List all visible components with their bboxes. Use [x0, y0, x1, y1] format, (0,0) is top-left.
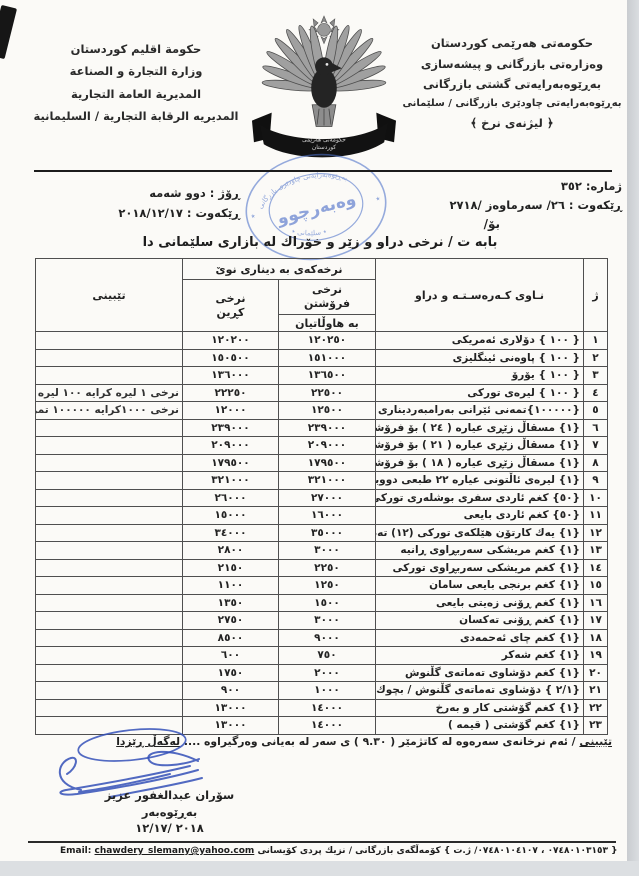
- kurdish-date: ڕێكەوت : ٢٦/ سەرماوەز /٢٧١٨: [400, 196, 622, 215]
- emblem-banner-text: حكومەتی هەرێمی: [302, 136, 346, 143]
- cell-sell: ١٤٠٠٠: [279, 717, 376, 735]
- table-row: ١٩{١} كغم شەكر٧٥٠٦٠٠: [36, 647, 608, 665]
- cell-no: ٦: [584, 419, 608, 437]
- cell-note: [36, 594, 183, 612]
- header-line: حكومەتی هەرێمی كوردستان: [398, 33, 626, 54]
- subject-line: بابە ت / نرخی دراو و زێر و خۆراك لە بازا…: [80, 235, 560, 250]
- scanned-price-document: { "header": { "left_department_lines": […: [0, 0, 639, 876]
- price-table-body: ١{ ١٠٠ } دۆلاری ئەمریكی١٢٠٢٥٠١٢٠٢٠٠٢{ ١٠…: [36, 332, 608, 735]
- cell-sell: ١٠٠٠: [279, 682, 376, 700]
- cell-note: [36, 647, 183, 665]
- cell-name: {٢/١ } دۆشاوی تەماتەی گڵنوش / بچوك: [376, 682, 584, 700]
- cell-note: [36, 542, 183, 560]
- cell-name: {١٠٠٠٠٠}تمەنی ئێرانی بەرامبەردیناری عێرا…: [376, 402, 584, 420]
- cell-no: ١٥: [584, 577, 608, 595]
- cell-no: ٢٣: [584, 717, 608, 735]
- document-number-block: ژمارە: ٣٥٢ ڕێكەوت : ٢٦/ سەرماوەز /٢٧١٨: [400, 177, 622, 215]
- price-table: ژ نـاوی كـەرەسـتـە و دراو نرخەكەی بە دین…: [35, 258, 608, 735]
- stamp-center-text: وەبەرچوو: [274, 189, 358, 229]
- scan-edge-right: [627, 0, 639, 876]
- cell-note: [36, 332, 183, 350]
- cell-no: ٩: [584, 472, 608, 490]
- cell-sell: ٣٢١٠٠٠: [279, 472, 376, 490]
- cell-name: { ١٠٠ } پاوەنی ئینگلیزی: [376, 349, 584, 367]
- signer-title: بەڕێوەبەر: [92, 804, 247, 821]
- table-row: ١١{٥٠} كغم ئاردی بایعی١٦٠٠٠١٥٠٠٠: [36, 507, 608, 525]
- cell-sell: ٣٠٠٠: [279, 612, 376, 630]
- gregorian-date: ڕێكەوت : ٢٠١٨/١٢/١٧: [68, 204, 240, 224]
- cell-buy: ٩٠٠: [183, 682, 279, 700]
- cell-name: {١} یەك كارتۆن هێلكەی توركی (١٢) تەبەقی: [376, 524, 584, 542]
- email-address: chawdery_slemany@yahoo.com: [95, 846, 255, 856]
- cell-buy: ١٣٠٠٠: [183, 717, 279, 735]
- col-header-item-name: نـاوی كـەرەسـتـە و دراو: [376, 259, 584, 332]
- cell-name: {١} كغم شەكر: [376, 647, 584, 665]
- table-row: ١٨{١} كغم چای ئەحمەدی٩٠٠٠٨٥٠٠: [36, 629, 608, 647]
- cell-note: [36, 367, 183, 385]
- cell-name: {١} مسقاڵ زێڕی عیارە ( ٢٤ ) بۆ فرۆشتن: [376, 419, 584, 437]
- footer-divider: [28, 841, 616, 843]
- table-row: ٤{ ١٠٠ } لیرەی توركی٢٢٥٠٠٢٢٢٥٠نرخی ١ لیر…: [36, 384, 608, 402]
- cell-name: {١} كغم گۆشتی ( قیمە ): [376, 717, 584, 735]
- price-table-header: ژ نـاوی كـەرەسـتـە و دراو نرخەكەی بە دین…: [36, 259, 608, 332]
- cell-name: {١} كغم گۆشتی كار و بەرخ: [376, 699, 584, 717]
- cell-name: {٥٠} كغم ئاردی سفری بوشلەری توركی: [376, 489, 584, 507]
- day-date-block: ڕۆژ : دوو شەمە ڕێكەوت : ٢٠١٨/١٢/١٧: [68, 184, 240, 223]
- header-divider: [34, 170, 612, 172]
- cell-no: ٣: [584, 367, 608, 385]
- header-line: بەڕێوەبەرایەتی چاودێری بازرگانی / سلێمان…: [398, 95, 626, 113]
- header-line: وزارة التجارة و الصناعة: [30, 60, 242, 82]
- cell-sell: ٢٣٩٠٠٠: [279, 419, 376, 437]
- header-arabic-block: حكومة اقليم كوردستان وزارة التجارة و الص…: [30, 38, 242, 128]
- cell-no: ١٧: [584, 612, 608, 630]
- cell-name: {١} كغم دۆشاوی تەماتەی گڵنوش: [376, 664, 584, 682]
- cell-name: {١} لیرەی ئاڵتونی عیارە ٢٢ طبعی دووبەی: [376, 472, 584, 490]
- cell-buy: ٢٨٠٠: [183, 542, 279, 560]
- cell-buy: ٢٧٥٠: [183, 612, 279, 630]
- cell-buy: ٣٤٠٠٠: [183, 524, 279, 542]
- email-label: Email:: [60, 846, 91, 856]
- cell-no: ١٦: [584, 594, 608, 612]
- col-header-sell-to-citizens: بە هاوڵاتیان: [279, 315, 376, 332]
- header-line: حكومة اقليم كوردستان: [30, 38, 242, 60]
- cell-name: {١} كغم ڕۆنی تەكسان: [376, 612, 584, 630]
- cell-buy: ١٢٠٠٠: [183, 402, 279, 420]
- cell-sell: ١٣٦٥٠٠: [279, 367, 376, 385]
- cell-note: [36, 699, 183, 717]
- cell-no: ١٨: [584, 629, 608, 647]
- cell-name: {١} كغم مریشكی سەربڕاوی توركی: [376, 559, 584, 577]
- cell-note: [36, 419, 183, 437]
- cell-buy: ١٣٦٠٠٠: [183, 367, 279, 385]
- cell-note: [36, 489, 183, 507]
- price-committee-label: ﴿ لیژنەی نرخ ﴾: [398, 113, 626, 134]
- cell-buy: ١٧٩٥٠٠: [183, 454, 279, 472]
- cell-sell: ١٢٥٠: [279, 577, 376, 595]
- cell-name: { ١٠٠ } دۆلاری ئەمریكی: [376, 332, 584, 350]
- cell-sell: ١٢٥٠٠: [279, 402, 376, 420]
- cell-name: {٥٠} كغم ئاردی بایعی: [376, 507, 584, 525]
- cell-buy: ١٣٠٠٠: [183, 699, 279, 717]
- day-name: ڕۆژ : دوو شەمە: [68, 184, 240, 204]
- cell-note: [36, 664, 183, 682]
- header-kurdish-block: حكومەتی هەرێمی كوردستان وەزارەتی بازرگان…: [398, 33, 626, 134]
- cell-buy: ٦٠٠: [183, 647, 279, 665]
- footnote-text: / ئەم نرخانەی سەرەوە لە كاتژمێر ( ٩.٣٠ )…: [180, 735, 579, 748]
- cell-name: {١} مسقاڵ زێڕی عیارە ( ١٨ ) بۆ فرۆشتن: [376, 454, 584, 472]
- cell-note: [36, 454, 183, 472]
- cell-sell: ١٥٠٠: [279, 594, 376, 612]
- table-row: ٢{ ١٠٠ } پاوەنی ئینگلیزی١٥١٠٠٠١٥٠٥٠٠: [36, 349, 608, 367]
- col-header-sell-price: نرخی فرۆشتن: [279, 280, 376, 315]
- col-header-price-group: نرخەكەی بە دیناری نوێ: [183, 259, 376, 280]
- cell-name: { ١٠٠ } لیرەی توركی: [376, 384, 584, 402]
- header-line: بەڕێوەبەرایەتی گشتی بازرگانی: [398, 74, 626, 95]
- cell-buy: ١٣٥٠: [183, 594, 279, 612]
- svg-text:٭: ٭: [375, 194, 381, 205]
- cell-name: { ١٠٠ } یۆرۆ: [376, 367, 584, 385]
- col-header-row-number: ژ: [584, 259, 608, 332]
- krg-eagle-emblem-icon: حكومەتی هەرێمی كوردستان: [250, 10, 398, 168]
- cell-no: ١٠: [584, 489, 608, 507]
- document-number: ژمارە: ٣٥٢: [400, 177, 622, 196]
- cell-no: ٨: [584, 454, 608, 472]
- cell-no: ٢٠: [584, 664, 608, 682]
- cell-buy: ١٢٠٢٠٠: [183, 332, 279, 350]
- cell-sell: ٩٠٠٠: [279, 629, 376, 647]
- footer-address-phone: { ٠٧٤٨٠١٠٣١٥٣ ، ٠٧٤٨٠١٠٤١٠٧/ ژ.ت } كۆمەڵ…: [257, 846, 617, 856]
- cell-buy: ١٥٠٥٠٠: [183, 349, 279, 367]
- cell-no: ١: [584, 332, 608, 350]
- cell-buy: ١٧٥٠: [183, 664, 279, 682]
- cell-note: [36, 349, 183, 367]
- cell-buy: ٢٦٠٠٠: [183, 489, 279, 507]
- cell-buy: ٢٣٩٠٠٠: [183, 419, 279, 437]
- table-row: ٨{١} مسقاڵ زێڕی عیارە ( ١٨ ) بۆ فرۆشتن١٧…: [36, 454, 608, 472]
- cell-no: ٤: [584, 384, 608, 402]
- table-row: ٢٢{١} كغم گۆشتی كار و بەرخ١٤٠٠٠١٣٠٠٠: [36, 699, 608, 717]
- col-header-buy-price: نرخی كڕین: [183, 280, 279, 332]
- table-row: ٥{١٠٠٠٠٠}تمەنی ئێرانی بەرامبەردیناری عێر…: [36, 402, 608, 420]
- cell-no: ١٣: [584, 542, 608, 560]
- cell-sell: ٣٠٠٠: [279, 542, 376, 560]
- table-row: ١٦{١} كغم ڕۆنی زەیتی بایعی١٥٠٠١٣٥٠: [36, 594, 608, 612]
- cell-sell: ٣٥٠٠٠: [279, 524, 376, 542]
- cell-sell: ١٢٠٢٥٠: [279, 332, 376, 350]
- cell-name: {١} كغم چای ئەحمەدی: [376, 629, 584, 647]
- cell-no: ٢٢: [584, 699, 608, 717]
- cell-sell: ٢٧٠٠٠: [279, 489, 376, 507]
- col-header-notes: تێبینی: [36, 259, 183, 332]
- table-row: ٦{١} مسقاڵ زێڕی عیارە ( ٢٤ ) بۆ فرۆشتن٢٣…: [36, 419, 608, 437]
- scan-corner-artifact: [0, 5, 17, 59]
- cell-note: نرخی ١٠٠٠كرایە ١٠٠٠٠٠ تمن: [36, 402, 183, 420]
- document-page: حكومة اقليم كوردستان وزارة التجارة و الص…: [0, 0, 627, 861]
- cell-no: ١٤: [584, 559, 608, 577]
- cell-sell: ٢٠٩٠٠٠: [279, 437, 376, 455]
- cell-sell: ٧٥٠: [279, 647, 376, 665]
- signer-name: سۆران عبدالغفور عزیز: [92, 787, 247, 804]
- footer-contact-line: Email: chawdery_slemany@yahoo.com { ٠٧٤٨…: [60, 846, 620, 856]
- cell-no: ٢١: [584, 682, 608, 700]
- table-row: ١٠{٥٠} كغم ئاردی سفری بوشلەری توركی٢٧٠٠٠…: [36, 489, 608, 507]
- header-line: وەزارەتی بازرگانی و پیشەسازی: [398, 54, 626, 75]
- cell-sell: ١٦٠٠٠: [279, 507, 376, 525]
- cell-buy: ١٥٠٠٠: [183, 507, 279, 525]
- cell-buy: ٣٢١٠٠٠: [183, 472, 279, 490]
- cell-buy: ٢١٥٠: [183, 559, 279, 577]
- cell-sell: ٢٠٠٠: [279, 664, 376, 682]
- cell-no: ١٩: [584, 647, 608, 665]
- cell-sell: ٢٢٥٠: [279, 559, 376, 577]
- cell-name: {١} كغم برنجی بایعی سامان: [376, 577, 584, 595]
- cell-note: [36, 524, 183, 542]
- cell-note: [36, 629, 183, 647]
- cell-name: {١} مسقاڵ زێڕی عیارە ( ٢١ ) بۆ فرۆشتن: [376, 437, 584, 455]
- table-row: ٢١{٢/١ } دۆشاوی تەماتەی گڵنوش / بچوك١٠٠٠…: [36, 682, 608, 700]
- cell-note: [36, 507, 183, 525]
- to-label: بۆ/: [440, 217, 500, 231]
- cell-note: [36, 577, 183, 595]
- cell-note: [36, 437, 183, 455]
- cell-name: {١} كغم مریشكی سەربڕاوی ڕانیە: [376, 542, 584, 560]
- scan-edge-bottom: [0, 861, 639, 876]
- table-row: ٩{١} لیرەی ئاڵتونی عیارە ٢٢ طبعی دووبەی٣…: [36, 472, 608, 490]
- cell-buy: ٨٥٠٠: [183, 629, 279, 647]
- cell-note: نرخی ١ لیرە كرایە ١٠٠ لیرە: [36, 384, 183, 402]
- table-row: ١٧{١} كغم ڕۆنی تەكسان٣٠٠٠٢٧٥٠: [36, 612, 608, 630]
- table-row: ١٥{١} كغم برنجی بایعی سامان١٢٥٠١١٠٠: [36, 577, 608, 595]
- cell-note: [36, 472, 183, 490]
- cell-note: [36, 682, 183, 700]
- header-line: المديريه الرقابة التجارية / السليمانية: [30, 105, 242, 127]
- header-line: المديرية العامة التجارية: [30, 83, 242, 105]
- table-row: ١{ ١٠٠ } دۆلاری ئەمریكی١٢٠٢٥٠١٢٠٢٠٠: [36, 332, 608, 350]
- cell-sell: ٢٢٥٠٠: [279, 384, 376, 402]
- cell-note: [36, 559, 183, 577]
- cell-no: ٥: [584, 402, 608, 420]
- table-row: ٣{ ١٠٠ } یۆرۆ١٣٦٥٠٠١٣٦٠٠٠: [36, 367, 608, 385]
- cell-no: ٢: [584, 349, 608, 367]
- cell-no: ١٢: [584, 524, 608, 542]
- cell-no: ١١: [584, 507, 608, 525]
- cell-buy: ٢٢٢٥٠: [183, 384, 279, 402]
- cell-no: ٧: [584, 437, 608, 455]
- svg-text:٭: ٭: [250, 212, 256, 223]
- signer-block: سۆران عبدالغفور عزیز بەڕێوەبەر ٢٠١٨ /١٢/…: [92, 787, 247, 837]
- footnote-label: تێبینی: [579, 735, 612, 748]
- cell-note: [36, 612, 183, 630]
- cell-buy: ٢٠٩٠٠٠: [183, 437, 279, 455]
- cell-sell: ١٥١٠٠٠: [279, 349, 376, 367]
- signer-date: ٢٠١٨ /١٢/١٧: [92, 820, 247, 837]
- table-row: ١٢{١} یەك كارتۆن هێلكەی توركی (١٢) تەبەق…: [36, 524, 608, 542]
- cell-sell: ١٧٩٥٠٠: [279, 454, 376, 472]
- cell-name: {١} كغم ڕۆنی زەیتی بایعی: [376, 594, 584, 612]
- table-row: ١٤{١} كغم مریشكی سەربڕاوی توركی٢٢٥٠٢١٥٠: [36, 559, 608, 577]
- table-row: ٧{١} مسقاڵ زێڕی عیارە ( ٢١ ) بۆ فرۆشتن٢٠…: [36, 437, 608, 455]
- table-row: ١٣{١} كغم مریشكی سەربڕاوی ڕانیە٣٠٠٠٢٨٠٠: [36, 542, 608, 560]
- cell-sell: ١٤٠٠٠: [279, 699, 376, 717]
- table-row: ٢٠{١} كغم دۆشاوی تەماتەی گڵنوش٢٠٠٠١٧٥٠: [36, 664, 608, 682]
- cell-buy: ١١٠٠: [183, 577, 279, 595]
